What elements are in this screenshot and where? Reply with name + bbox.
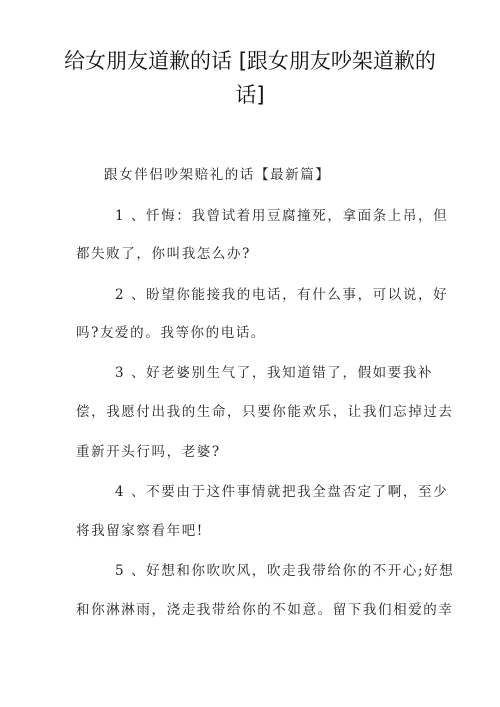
section-heading: 跟女伴侣吵架赔礼的话【最新篇】 <box>104 163 331 183</box>
paragraph-line: 1 、忏悔：我曾试着用豆腐撞死，拿面条上吊，但 <box>115 204 448 224</box>
paragraph-line: 2 、盼望你能接我的电话，有什么事，可以说，好 <box>115 283 448 303</box>
paragraph-line: 都失败了，你叫我怎么办? <box>76 242 251 262</box>
title-line-2: 话] <box>60 78 440 112</box>
document-title: 给女朋友道歉的话 [跟女朋友吵架道歉的 话] <box>60 44 440 112</box>
title-line-1: 给女朋友道歉的话 [跟女朋友吵架道歉的 <box>60 44 440 78</box>
document-page: 给女朋友道歉的话 [跟女朋友吵架道歉的 话] 跟女伴侣吵架赔礼的话【最新篇】 1… <box>0 0 500 707</box>
paragraph-line: 和你淋淋雨，浇走我带给你的不如意。留下我们相爱的幸 <box>76 598 454 618</box>
paragraph-line: 重新开头行吗，老婆? <box>76 440 221 460</box>
paragraph-line: 将我留家察看年吧! <box>76 519 204 539</box>
paragraph-line: 吗?友爱的。我等你的电话。 <box>76 321 266 341</box>
paragraph-line: 3 、好老婆别生气了，我知道错了，假如要我补 <box>115 361 433 381</box>
paragraph-line: 4 、不要由于这件事情就把我全盘否定了啊，至少 <box>115 480 448 500</box>
paragraph-line: 5 、好想和你吹吹风，吹走我带给你的不开心;好想 <box>115 559 454 579</box>
paragraph-line: 偿，我愿付出我的生命，只要你能欢乐，让我们忘掉过去 <box>76 400 454 420</box>
